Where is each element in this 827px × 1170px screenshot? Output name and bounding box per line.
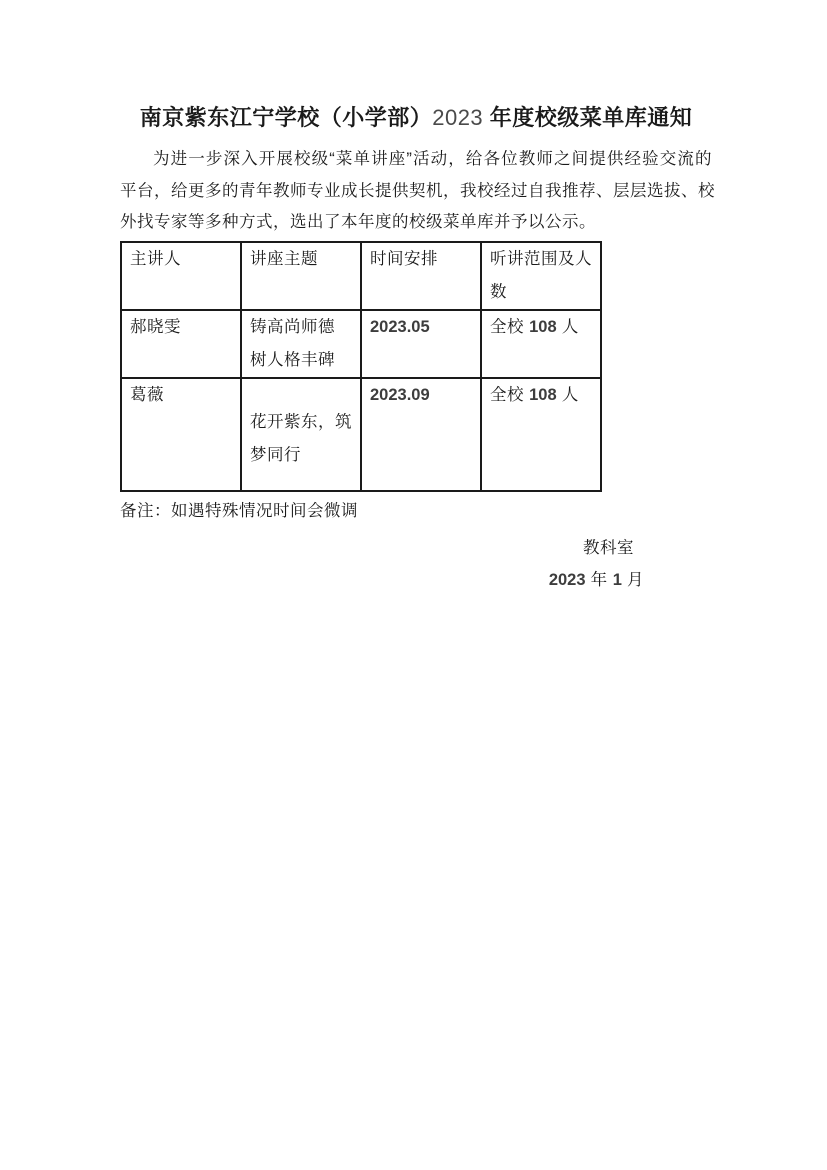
cell-speaker: 郝晓雯 bbox=[121, 310, 241, 378]
date-month-unit: 月 bbox=[622, 571, 644, 589]
cell-topic: 铸高尚师德 树人格丰碑 bbox=[241, 310, 361, 378]
audience-scope: 全校 bbox=[490, 386, 529, 404]
cell-speaker: 葛薇 bbox=[121, 378, 241, 491]
title-text-part2: 年度校级菜单库通知 bbox=[483, 105, 692, 130]
audience-unit: 人 bbox=[557, 318, 579, 336]
intro-paragraph: 为进一步深入开展校级“菜单讲座”活动，给各位教师之间提供经验交流的 平台，给更多… bbox=[120, 144, 712, 239]
header-topic-label: 讲座主题 bbox=[250, 243, 354, 276]
document-page: 南京紫东江宁学校（小学部）2023 年度校级菜单库通知 为进一步深入开展校级“菜… bbox=[0, 0, 827, 1170]
signature-department: 教科室 bbox=[120, 533, 712, 565]
header-speaker-label: 主讲人 bbox=[130, 243, 234, 276]
date-month-number: 1 bbox=[613, 571, 622, 589]
cell-audience: 全校 108 人 bbox=[481, 378, 601, 491]
table-header-row: 主讲人 讲座主题 时间安排 听讲范围及人 数 bbox=[121, 242, 601, 310]
speaker-name: 葛薇 bbox=[130, 379, 234, 412]
date-year-unit: 年 bbox=[586, 571, 613, 589]
lecture-schedule-table: 主讲人 讲座主题 时间安排 听讲范围及人 数 郝晓雯 铸高尚师德 bbox=[120, 241, 602, 492]
cell-time: 2023.05 bbox=[361, 310, 481, 378]
time-value: 2023.05 bbox=[370, 311, 474, 344]
table-row: 郝晓雯 铸高尚师德 树人格丰碑 2023.05 全校 108 人 bbox=[121, 310, 601, 378]
topic-line-2: 梦同行 bbox=[250, 439, 354, 472]
audience-value: 全校 108 人 bbox=[490, 379, 594, 412]
audience-unit: 人 bbox=[557, 386, 579, 404]
audience-scope: 全校 bbox=[490, 318, 529, 336]
header-time: 时间安排 bbox=[361, 242, 481, 310]
audience-value: 全校 108 人 bbox=[490, 311, 594, 344]
intro-line-1: 为进一步深入开展校级“菜单讲座”活动，给各位教师之间提供经验交流的 bbox=[120, 144, 712, 176]
date-year-number: 2023 bbox=[549, 571, 586, 589]
title-text-part1: 南京紫东江宁学校（小学部） bbox=[140, 105, 433, 130]
audience-count: 108 bbox=[529, 386, 557, 404]
header-speaker: 主讲人 bbox=[121, 242, 241, 310]
audience-count: 108 bbox=[529, 318, 557, 336]
topic-line-1: 花开紫东，筑 bbox=[250, 406, 354, 439]
header-time-label: 时间安排 bbox=[370, 243, 474, 276]
remark-note: 备注：如遇特殊情况时间会微调 bbox=[120, 496, 712, 528]
topic-line-1: 铸高尚师德 bbox=[250, 311, 354, 344]
intro-line-2: 平台，给更多的青年教师专业成长提供契机，我校经过自我推荐、层层选拔、校 bbox=[120, 176, 712, 208]
intro-line-3: 外找专家等多种方式，选出了本年度的校级菜单库并予以公示。 bbox=[120, 207, 712, 239]
cell-topic: 花开紫东，筑 梦同行 bbox=[241, 378, 361, 491]
header-audience-line1: 听讲范围及人 bbox=[490, 243, 594, 276]
speaker-name: 郝晓雯 bbox=[130, 311, 234, 344]
header-audience-line2: 数 bbox=[490, 276, 594, 309]
signature-date: 2023 年 1 月 bbox=[120, 565, 712, 597]
table-row: 葛薇 花开紫东，筑 梦同行 2023.09 全校 108 人 bbox=[121, 378, 601, 491]
topic-line-2: 树人格丰碑 bbox=[250, 344, 354, 377]
time-value: 2023.09 bbox=[370, 379, 474, 412]
header-topic: 讲座主题 bbox=[241, 242, 361, 310]
cell-time: 2023.09 bbox=[361, 378, 481, 491]
header-audience: 听讲范围及人 数 bbox=[481, 242, 601, 310]
cell-audience: 全校 108 人 bbox=[481, 310, 601, 378]
title-year-number: 2023 bbox=[432, 105, 483, 130]
document-title: 南京紫东江宁学校（小学部）2023 年度校级菜单库通知 bbox=[120, 100, 712, 136]
